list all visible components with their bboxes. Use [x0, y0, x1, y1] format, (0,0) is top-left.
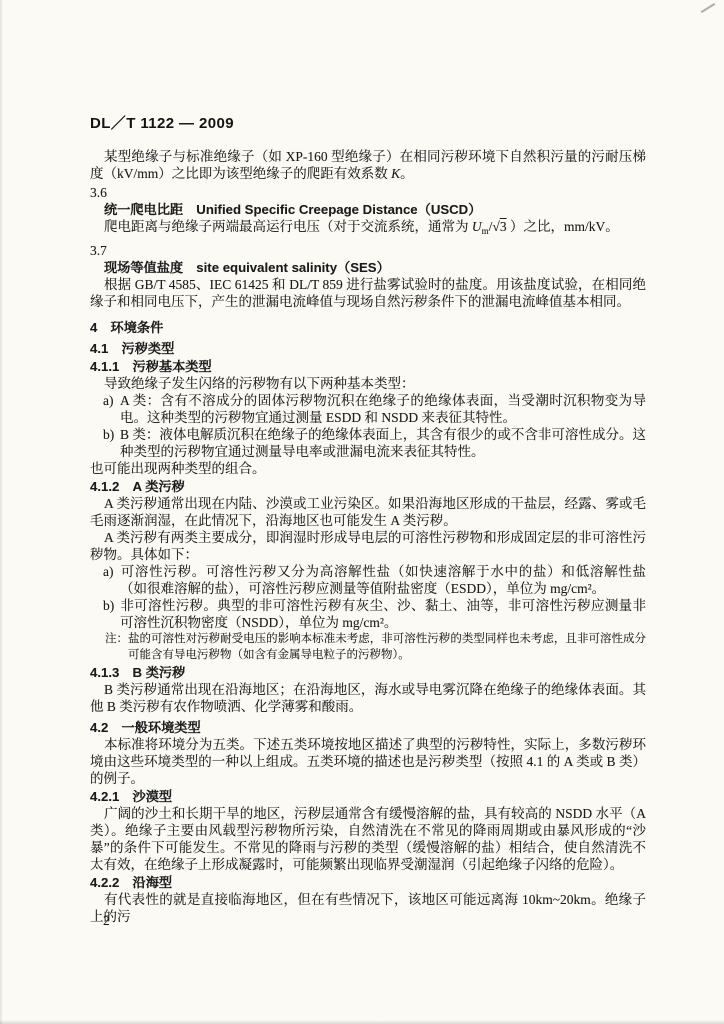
paragraph: B 类污秽通常出现在沿海地区；在沿海地区，海水或导电雾沉降在绝缘子的绝缘体表面。… — [90, 681, 646, 715]
italic-run: U — [472, 219, 482, 234]
list-item: b)B 类：液体电解质沉积在绝缘子的绝缘体表面上，其含有很少的或不含非可溶性成分… — [90, 426, 646, 460]
page-number: 2 — [103, 913, 110, 929]
subsubsection-heading: 4.1.1 污秽基本类型 — [90, 358, 646, 375]
sqrtnum-run: 3 — [500, 219, 507, 234]
paragraph: 根据 GB/T 4585、IEC 61425 和 DL/T 859 进行盐雾试验… — [90, 276, 646, 310]
section-heading: 4 环境条件 — [90, 319, 646, 336]
text-run: 非可溶性污秽。典型的非可溶性污秽有灰尘、沙、黏土、油等，非可溶性污秽应测量非可溶… — [120, 598, 646, 630]
text-run: 可溶性污秽。可溶性污秽又分为高溶解性盐（如快速溶解于水中的盐）和低溶解性盐（如很… — [120, 564, 646, 596]
text-run: 爬电距离与绝缘子两端最高运行电压（对于交流系统，通常为 — [104, 219, 472, 234]
item-marker: b) — [103, 597, 120, 614]
scan-artifact — [701, 3, 716, 13]
text-run: 4.1 污秽类型 — [90, 341, 174, 356]
paragraph: 也可能出现两种类型的组合。 — [90, 460, 646, 477]
text-run: 3.7 — [90, 243, 107, 258]
text-run: 4.1.1 污秽基本类型 — [90, 359, 212, 374]
document-body: 某型绝缘子与标准绝缘子（如 XP-160 型绝缘子）在相同污秽环境下自然积污量的… — [90, 148, 646, 925]
text-run: A 类污秽通常出现在内陆、沙漠或工业污染区。如果沿海地区形成的干盐层，经露、雾或… — [90, 496, 646, 528]
text-run: 导致绝缘子发生闪络的污秽物有以下两种基本类型： — [104, 376, 415, 391]
list-item: a)A 类：含有不溶成分的固体污秽物沉积在绝缘子的绝缘体表面，当受潮时沉积物变为… — [90, 392, 646, 426]
clause-number: 3.7 — [90, 242, 646, 259]
text-run: 4.1.2 A 类污秽 — [90, 479, 185, 494]
paragraph: 某型绝缘子与标准绝缘子（如 XP-160 型绝缘子）在相同污秽环境下自然积污量的… — [90, 148, 646, 182]
subsection-heading: 4.1 污秽类型 — [90, 340, 646, 357]
note: 注：盐的可溶性对污秽耐受电压的影响本标准未考虑，非可溶性污秽的类型同样也未考虑，… — [90, 632, 646, 663]
text-run: 也可能出现两种类型的组合。 — [90, 461, 266, 476]
text-run: 4.1.3 B 类污秽 — [90, 665, 185, 680]
subsubsection-heading: 4.1.2 A 类污秽 — [90, 478, 646, 495]
term-definition: 现场等值盐度 site equivalent salinity（SES） — [90, 259, 646, 276]
text-run: 盐的可溶性对污秽耐受电压的影响本标准未考虑，非可溶性污秽的类型同样也未考虑，且非… — [128, 633, 646, 661]
subsubsection-heading: 4.2.2 沿海型 — [90, 874, 646, 891]
text-run: A 类：含有不溶成分的固体污秽物沉积在绝缘子的绝缘体表面，当受潮时沉积物变为导电… — [120, 393, 646, 425]
item-marker: a) — [103, 563, 120, 580]
paragraph: 导致绝缘子发生闪络的污秽物有以下两种基本类型： — [90, 375, 646, 392]
paragraph: 有代表性的就是直接临海地区，但在有些情况下，该地区可能远离海 10km~20km… — [90, 891, 646, 925]
clause-number: 3.6 — [90, 184, 646, 201]
text-run: 统一爬电比距 Unified Specific Creepage Distanc… — [104, 202, 481, 217]
text-run: 本标准将环境分为五类。下述五类环境按地区描述了典型的污秽特性，实际上，多数污秽环… — [90, 737, 646, 786]
paragraph: 爬电距离与绝缘子两端最高运行电压（对于交流系统，通常为 Um/√3 ）之比，mm… — [90, 218, 646, 240]
text-run: 4 环境条件 — [90, 320, 163, 335]
item-marker: a) — [103, 392, 120, 409]
paragraph: 广阔的沙土和长期干旱的地区，污秽层通常含有缓慢溶解的盐，具有较高的 NSDD 水… — [90, 805, 646, 873]
list-item: a)可溶性污秽。可溶性污秽又分为高溶解性盐（如快速溶解于水中的盐）和低溶解性盐（… — [90, 563, 646, 597]
italic-run: K — [391, 166, 400, 181]
item-marker: b) — [103, 426, 120, 443]
document-page: DL／T 1122 — 2009 某型绝缘子与标准绝缘子（如 XP-160 型绝… — [0, 0, 724, 1024]
text-run: 4.2.2 沿海型 — [90, 875, 172, 890]
term-definition: 统一爬电比距 Unified Specific Creepage Distanc… — [90, 201, 646, 218]
text-run: 广阔的沙土和长期干旱的地区，污秽层通常含有缓慢溶解的盐，具有较高的 NSDD 水… — [90, 806, 646, 872]
text-run: √ — [492, 219, 499, 234]
text-run: B 类污秽通常出现在沿海地区；在沿海地区，海水或导电雾沉降在绝缘子的绝缘体表面。… — [90, 682, 646, 714]
scan-artifact — [0, 1020, 724, 1024]
text-run: 现场等值盐度 site equivalent salinity（SES） — [104, 260, 390, 275]
text-run: 4.2 一般环境类型 — [90, 720, 201, 735]
scan-artifact — [0, 0, 3, 1024]
text-run: 4.2.1 沙漠型 — [90, 789, 172, 804]
list-item: b)非可溶性污秽。典型的非可溶性污秽有灰尘、沙、黏土、油等，非可溶性污秽应测量非… — [90, 597, 646, 631]
text-run: ）之比，mm/kV。 — [507, 219, 619, 234]
text-run: B 类：液体电解质沉积在绝缘子的绝缘体表面上，其含有很少的或不含非可溶性成分。这… — [120, 427, 646, 459]
item-marker: 注： — [105, 632, 128, 648]
paragraph: A 类污秽通常出现在内陆、沙漠或工业污染区。如果沿海地区形成的干盐层，经露、雾或… — [90, 495, 646, 529]
subsection-heading: 4.2 一般环境类型 — [90, 719, 646, 736]
sub-run: m — [482, 226, 489, 236]
text-run: 。 — [400, 166, 414, 181]
text-run: 有代表性的就是直接临海地区，但在有些情况下，该地区可能远离海 10km~20km… — [90, 892, 646, 924]
paragraph: A 类污秽有两类主要成分，即润湿时形成导电层的可溶性污秽物和形成固定层的非可溶性… — [90, 529, 646, 563]
text-run: 根据 GB/T 4585、IEC 61425 和 DL/T 859 进行盐雾试验… — [90, 277, 646, 309]
standard-number-header: DL／T 1122 — 2009 — [90, 112, 646, 133]
text-run: 某型绝缘子与标准绝缘子（如 XP-160 型绝缘子）在相同污秽环境下自然积污量的… — [90, 149, 646, 181]
text-run: A 类污秽有两类主要成分，即润湿时形成导电层的可溶性污秽物和形成固定层的非可溶性… — [90, 530, 646, 562]
subsubsection-heading: 4.1.3 B 类污秽 — [90, 664, 646, 681]
subsubsection-heading: 4.2.1 沙漠型 — [90, 788, 646, 805]
paragraph: 本标准将环境分为五类。下述五类环境按地区描述了典型的污秽特性，实际上，多数污秽环… — [90, 736, 646, 787]
text-run: 3.6 — [90, 185, 107, 200]
